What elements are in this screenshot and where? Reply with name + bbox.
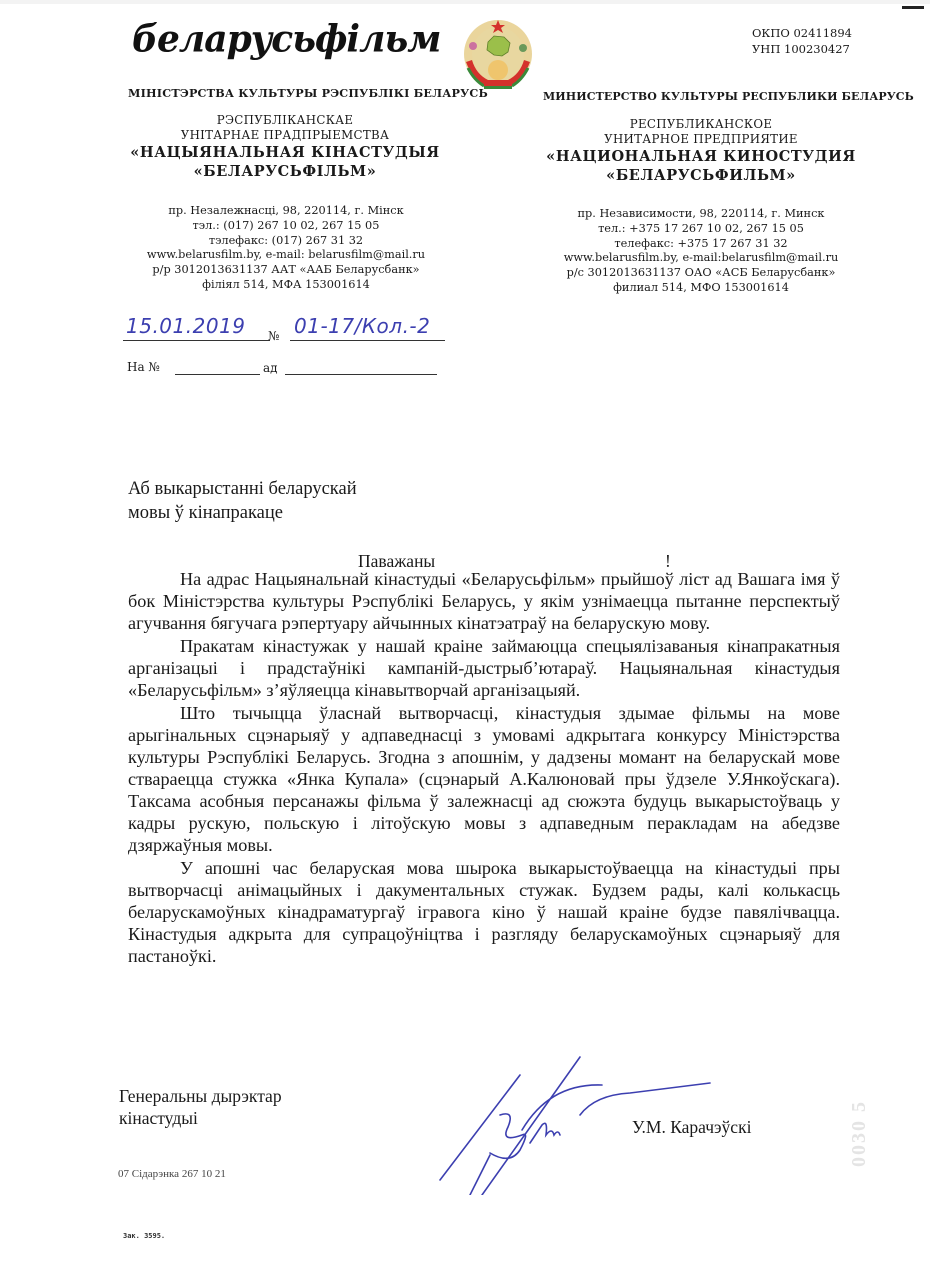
bank-branch-line: філіял 514, МФА 153001614: [118, 278, 454, 293]
number-sign: №: [268, 329, 279, 343]
print-order-number: Зак. 3595.: [123, 1232, 165, 1240]
signer-title: Генеральны дырэктар кінастудыі: [119, 1085, 282, 1129]
fax-line: телефакс: +375 17 267 31 32: [538, 237, 864, 252]
org-line: УНИТАРНОЕ ПРЕДПРИЯТИЕ: [540, 132, 862, 147]
body-paragraph: Што тычыцца ўласнай вытворчасці, кінасту…: [128, 702, 840, 856]
contact-block-ru: пр. Независимости, 98, 220114, г. Минск …: [538, 207, 864, 296]
address-line: пр. Независимости, 98, 220114, г. Минск: [538, 207, 864, 222]
org-name-be: РЭСПУБЛІКАНСКАЕ УНІТАРНАЕ ПРАДПРЫЕМСТВА …: [125, 113, 445, 181]
okpo-code: ОКПО 02411894: [752, 26, 852, 42]
body-paragraph: Пракатам кінастужак у нашай краіне займа…: [128, 635, 840, 701]
registration-block: 15.01.2019 № 01-17/Кол.-2: [118, 312, 463, 352]
signer-title-line: кінастудыі: [119, 1107, 282, 1129]
bank-account-line: р/р 3012013631137 ААТ «ААБ Беларусбанк»: [118, 263, 454, 278]
subject-line: мовы ў кінапракаце: [128, 501, 357, 525]
performer-note: 07 Сідарэнка 267 10 21: [118, 1168, 226, 1180]
faint-side-stamp: 0030 5: [848, 1100, 871, 1167]
reply-from-label: ад: [263, 361, 278, 375]
fax-line: тэлефакс: (017) 267 31 32: [118, 234, 454, 249]
belarus-coat-of-arms-icon: [458, 16, 538, 94]
subject-line: Аб выкарыстанні беларускай: [128, 477, 357, 501]
company-codes: ОКПО 02411894 УНП 100230427: [752, 26, 852, 57]
web-email-line: www.belarusfilm.by, e-mail:belarusfilm@m…: [538, 251, 864, 266]
signer-title-line: Генеральны дырэктар: [119, 1085, 282, 1107]
registration-date: 15.01.2019: [126, 314, 246, 338]
org-line: «БЕЛАРУСЬФИЛЬМ»: [540, 166, 862, 185]
web-email-line: www.belarusfilm.by, e-mail: belarusfilm@…: [118, 248, 454, 263]
ministry-name-be: МІНІСТЭРСТВА КУЛЬТУРЫ РЭСПУБЛІКІ БЕЛАРУС…: [128, 86, 488, 100]
org-name-ru: РЕСПУБЛИКАНСКОЕ УНИТАРНОЕ ПРЕДПРИЯТИЕ «Н…: [540, 117, 862, 185]
scan-top-edge: [0, 0, 930, 4]
signer-name: У.М. Карачэўскі: [632, 1117, 751, 1138]
bank-branch-line: филиал 514, МФО 153001614: [538, 281, 864, 296]
letter-body: На адрас Нацыянальнай кінастудыі «Белару…: [128, 568, 840, 968]
org-line: РЭСПУБЛІКАНСКАЕ: [125, 113, 445, 128]
org-line: «НАЦЫЯНАЛЬНАЯ КІНАСТУДЫЯ: [125, 143, 445, 162]
ministry-name-ru: МИНИСТЕРСТВО КУЛЬТУРЫ РЕСПУБЛИКИ БЕЛАРУС…: [543, 90, 914, 103]
registration-number: 01-17/Кол.-2: [294, 314, 430, 338]
body-paragraph: На адрас Нацыянальнай кінастудыі «Белару…: [128, 568, 840, 634]
org-line: «БЕЛАРУСЬФІЛЬМ»: [125, 162, 445, 181]
bank-account-line: р/с 3012013631137 ОАО «АСБ Беларусбанк»: [538, 266, 864, 281]
body-paragraph: У апошні час беларуская мова шырока выка…: [128, 857, 840, 967]
letter-subject: Аб выкарыстанні беларускай мовы ў кінапр…: [128, 477, 357, 525]
belarusfilm-logo: беларусьфільм: [132, 17, 440, 61]
org-line: РЕСПУБЛИКАНСКОЕ: [540, 117, 862, 132]
contact-block-be: пр. Незалежнасці, 98, 220114, г. Мінск т…: [118, 204, 454, 293]
unp-code: УНП 100230427: [752, 42, 852, 58]
phone-line: тел.: +375 17 267 10 02, 267 15 05: [538, 222, 864, 237]
org-line: УНІТАРНАЕ ПРАДПРЫЕМСТВА: [125, 128, 445, 143]
reply-ref-label: На №: [127, 360, 160, 374]
phone-line: тэл.: (017) 267 10 02, 267 15 05: [118, 219, 454, 234]
address-line: пр. Незалежнасці, 98, 220114, г. Мінск: [118, 204, 454, 219]
corner-mark: [902, 6, 924, 9]
org-line: «НАЦИОНАЛЬНАЯ КИНОСТУДИЯ: [540, 147, 862, 166]
